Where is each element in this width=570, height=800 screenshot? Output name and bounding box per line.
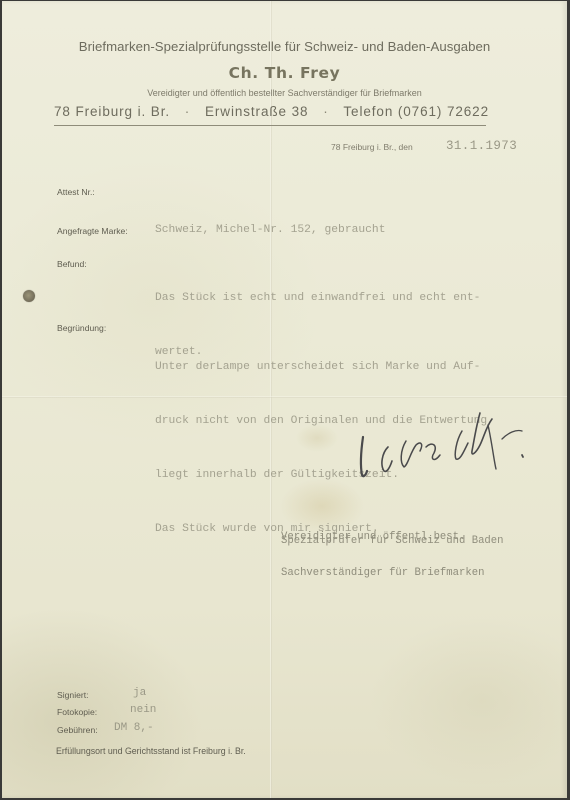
attest-nr-label: Attest Nr.:	[57, 187, 95, 197]
befund-label: Befund:	[57, 259, 87, 269]
letterhead-subtitle: Vereidigter und öffentlich bestellter Sa…	[2, 88, 567, 98]
document-frame: Briefmarken-Spezialprüfungsstelle für Sc…	[0, 0, 570, 800]
punch-hole	[23, 290, 35, 302]
angefragte-marke-value: Schweiz, Michel-Nr. 152, gebraucht	[155, 221, 386, 239]
expert-title-block: Vereidigter und öffentl.best. Sachverstä…	[281, 507, 484, 603]
signiert-value: ja	[133, 687, 146, 699]
letterhead-name: Ch. Th. Frey	[2, 64, 567, 82]
date-label: 78 Freiburg i. Br., den	[331, 142, 413, 152]
fotokopie-label: Fotokopie:	[57, 707, 97, 717]
letterhead-organization: Briefmarken-Spezialprüfungsstelle für Sc…	[2, 39, 567, 54]
angefragte-marke-label: Angefragte Marke:	[57, 226, 128, 236]
address-city: 78 Freiburg i. Br.	[54, 104, 170, 119]
date-value: 31.1.1973	[446, 139, 517, 153]
letterhead-address: 78 Freiburg i. Br. · Erwinstraße 38 · Te…	[54, 104, 489, 119]
gebuehren-label: Gebühren:	[57, 725, 98, 735]
expert-title-line: Sachverständiger für Briefmarken	[281, 567, 484, 579]
address-separator: ·	[185, 104, 190, 119]
gebuehren-value: DM 8,-	[114, 722, 154, 734]
letter-page: Briefmarken-Spezialprüfungsstelle für Sc…	[2, 1, 567, 798]
begruendung-label: Begründung:	[57, 323, 106, 333]
jurisdiction-note: Erfüllungsort und Gerichtsstand ist Frei…	[56, 746, 246, 756]
address-street: Erwinstraße 38	[205, 104, 308, 119]
specialist-title: Spezialprüfer für Schweiz und Baden	[281, 535, 504, 547]
begruendung-line: Unter derLampe unterscheidet sich Marke …	[155, 358, 487, 376]
handwritten-signature	[358, 403, 538, 483]
letterhead-divider	[54, 125, 486, 126]
befund-line: Das Stück ist echt und einwandfrei und e…	[155, 289, 480, 307]
fotokopie-value: nein	[130, 704, 156, 716]
address-phone: Telefon (0761) 72622	[343, 104, 489, 119]
address-separator: ·	[323, 104, 328, 119]
signiert-label: Signiert:	[57, 690, 89, 700]
